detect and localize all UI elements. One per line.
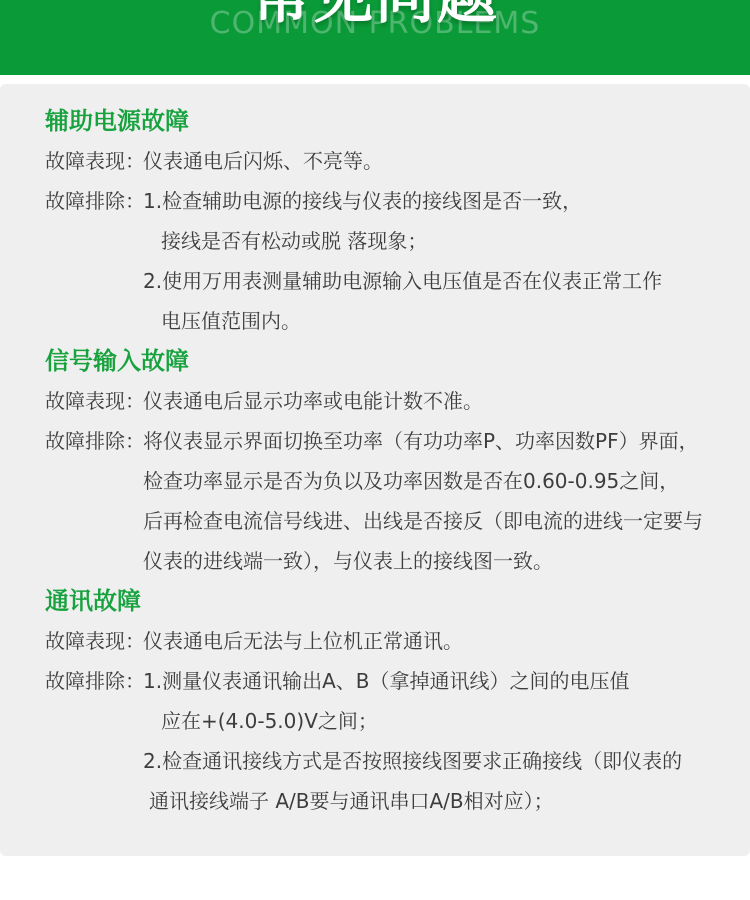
page-title: 常见问题 [0,0,750,27]
symptom-content: 仪表通电后无法与上位机正常通讯。 [143,621,720,661]
text-line: 应在+(4.0-5.0)V之间； [143,701,720,741]
section-heading: 信号输入故障 [45,341,720,381]
text-line: 仪表通电后显示功率或电能计数不准。 [143,381,720,421]
text-line: 接线是否有松动或脱 落现象； [143,221,720,261]
troubleshoot-label: 故障排除： [45,181,143,221]
symptom-label: 故障表现： [45,621,143,661]
section-heading: 辅助电源故障 [45,101,720,141]
text-line: 仪表的进线端一致），与仪表上的接线图一致。 [143,541,720,581]
text-line: 仪表通电后闪烁、不亮等。 [143,141,720,181]
troubleshoot-content: 1.检查辅助电源的接线与仪表的接线图是否一致， 接线是否有松动或脱 落现象； 2… [143,181,720,341]
text-line: 1.测量仪表通讯输出A、B（拿掉通讯线）之间的电压值 [143,661,720,701]
symptom-row: 故障表现： 仪表通电后无法与上位机正常通讯。 [45,621,720,661]
text-line: 2.使用万用表测量辅助电源输入电压值是否在仪表正常工作 [143,261,720,301]
text-line: 检查功率显示是否为负以及功率因数是否在0.60-0.95之间， [143,461,720,501]
text-line: 后再检查电流信号线进、出线是否接反（即电流的进线一定要与 [143,501,720,541]
section-aux-power-fault: 辅助电源故障 故障表现： 仪表通电后闪烁、不亮等。 故障排除： 1.检查辅助电源… [45,101,720,341]
section-comm-fault: 通讯故障 故障表现： 仪表通电后无法与上位机正常通讯。 故障排除： 1.测量仪表… [45,581,720,821]
text-line: 将仪表显示界面切换至功率（有功功率P、功率因数PF）界面， [143,421,720,461]
symptom-label: 故障表现： [45,381,143,421]
text-line: 2.检查通讯接线方式是否按照接线图要求正确接线（即仪表的 [143,741,720,781]
troubleshoot-content: 将仪表显示界面切换至功率（有功功率P、功率因数PF）界面， 检查功率显示是否为负… [143,421,720,581]
symptom-content: 仪表通电后闪烁、不亮等。 [143,141,720,181]
troubleshoot-label: 故障排除： [45,421,143,461]
text-line: 1.检查辅助电源的接线与仪表的接线图是否一致， [143,181,720,221]
troubleshoot-content: 1.测量仪表通讯输出A、B（拿掉通讯线）之间的电压值 应在+(4.0-5.0)V… [143,661,720,821]
page-header: COMMON PROBLEMS 常见问题 [0,0,750,75]
symptom-row: 故障表现： 仪表通电后显示功率或电能计数不准。 [45,381,720,421]
troubleshoot-row: 故障排除： 1.测量仪表通讯输出A、B（拿掉通讯线）之间的电压值 应在+(4.0… [45,661,720,821]
section-heading: 通讯故障 [45,581,720,621]
content-card: 辅助电源故障 故障表现： 仪表通电后闪烁、不亮等。 故障排除： 1.检查辅助电源… [0,84,750,856]
symptom-label: 故障表现： [45,141,143,181]
symptom-row: 故障表现： 仪表通电后闪烁、不亮等。 [45,141,720,181]
symptom-content: 仪表通电后显示功率或电能计数不准。 [143,381,720,421]
troubleshoot-row: 故障排除： 将仪表显示界面切换至功率（有功功率P、功率因数PF）界面， 检查功率… [45,421,720,581]
text-line: 电压值范围内。 [143,301,720,341]
troubleshoot-row: 故障排除： 1.检查辅助电源的接线与仪表的接线图是否一致， 接线是否有松动或脱 … [45,181,720,341]
troubleshoot-label: 故障排除： [45,661,143,701]
text-line: 仪表通电后无法与上位机正常通讯。 [143,621,720,661]
section-signal-input-fault: 信号输入故障 故障表现： 仪表通电后显示功率或电能计数不准。 故障排除： 将仪表… [45,341,720,581]
text-line: 通讯接线端子 A/B要与通讯串口A/B相对应）； [143,781,720,821]
